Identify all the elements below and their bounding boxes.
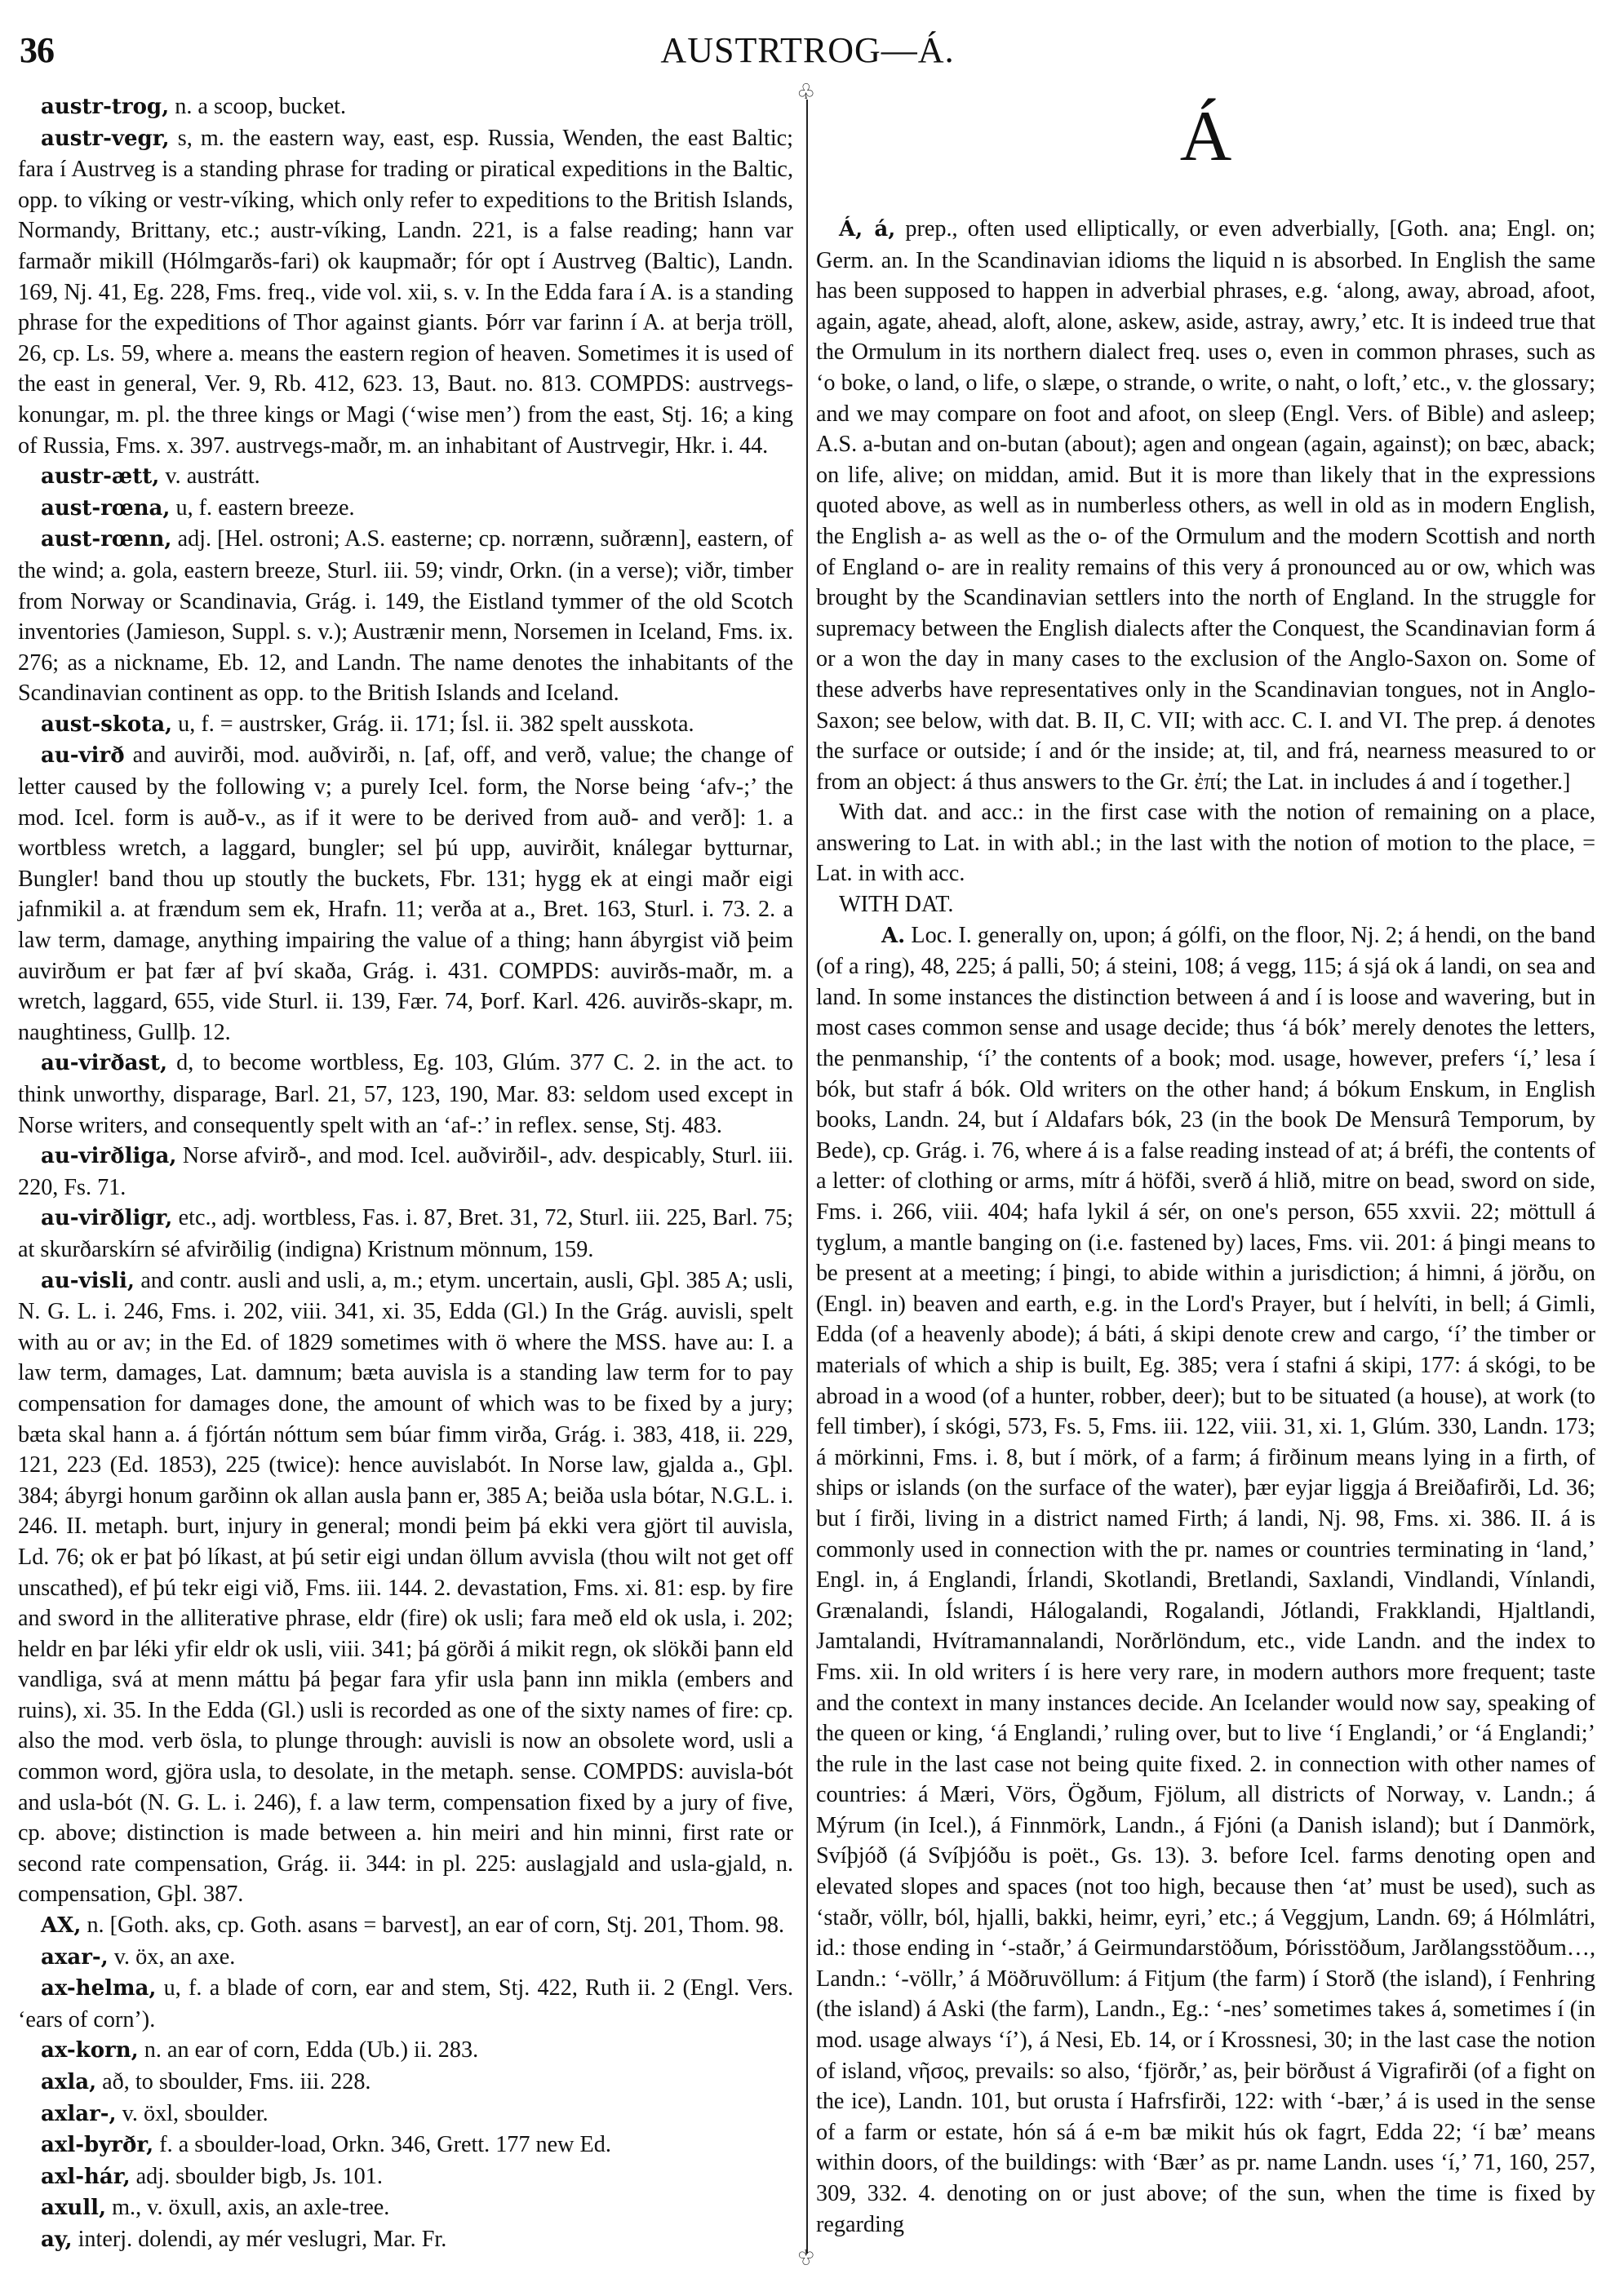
headword: aust-rœnn, [41, 527, 171, 552]
entry-text: adj. sboulder bigb, Js. 101. [131, 2164, 383, 2189]
dictionary-entry: au-virðast, d, to become wortbless, Eg. … [18, 1048, 793, 1141]
entry-text: að, to sboulder, Fms. iii. 228. [96, 2069, 370, 2094]
entry-text: With dat. and acc.: in the first case wi… [816, 800, 1595, 886]
headword: axl-hár, [41, 2165, 131, 2189]
headword: axl-byrðr, [41, 2133, 153, 2157]
dictionary-entry: au-virð and auvirði, mod. auðvirði, n. [… [18, 740, 793, 1048]
dictionary-entry: aust-rœna, u, f. eastern breeze. [18, 493, 793, 525]
dictionary-entry: austr-ætt, v. austrátt. [18, 461, 793, 493]
dictionary-entry: austr-trog, n. a scoop, bucket. [18, 91, 793, 123]
dictionary-entry: A. Loc. I. generally on, upon; á gólfi, … [816, 920, 1595, 2241]
dictionary-entry: ax-korn, n. an ear of corn, Edda (Ub.) i… [18, 2035, 793, 2067]
running-head: AUSTRTROG—Á. [0, 29, 1615, 71]
headword: aust-skota, [41, 712, 172, 737]
headword: ax-helma, [41, 1976, 156, 2001]
right-column: Á Á, á, prep., often used elliptically, … [816, 91, 1595, 2240]
dictionary-entry: austr-vegr, s, m. the eastern way, east,… [18, 123, 793, 462]
left-column: austr-trog, n. a scoop, bucket. austr-ve… [18, 91, 793, 2256]
dictionary-entry: AX, n. [Goth. aks, cp. Goth. asans = bar… [18, 1910, 793, 1942]
dictionary-entry: aust-skota, u, f. = austrsker, Grág. ii.… [18, 709, 793, 741]
headword: au-virðligr, [41, 1206, 172, 1230]
dictionary-entry: ax-helma, u, f. a blade of corn, ear and… [18, 1973, 793, 2035]
usage-note: With dat. and acc.: in the first case wi… [816, 797, 1595, 889]
entry-text: v. austrátt. [159, 463, 260, 489]
headword: austr-vegr, [41, 126, 170, 151]
page-header: 36 AUSTRTROG—Á. [0, 0, 1615, 73]
headword: austr-trog, [41, 95, 169, 119]
dictionary-entry: axull, m., v. öxull, axis, an axle-tree. [18, 2192, 793, 2224]
entry-text: n. a scoop, bucket. [169, 94, 346, 119]
entry-text: and auvirði, mod. auðvirði, n. [af, off,… [18, 742, 793, 1044]
dictionary-entry: axar-, v. öx, an axe. [18, 1942, 793, 1974]
entry-text: and contr. ausli and usli, a, m.; etym. … [18, 1268, 793, 1908]
entry-text: v. öxl, sboulder. [117, 2101, 268, 2126]
entry-text: m., v. öxull, axis, an axle-tree. [106, 2195, 389, 2220]
headword: au-virð [41, 743, 125, 768]
dictionary-entry: Á, á, prep., often used elliptically, or… [816, 214, 1595, 797]
dictionary-entry: au-visli, and contr. ausli and usli, a, … [18, 1265, 793, 1910]
dictionary-entry: aust-rœnn, adj. [Hel. ostroni; A.S. east… [18, 524, 793, 709]
headword: AX, [41, 1913, 81, 1938]
entry-text: n. an ear of corn, Edda (Ub.) ii. 283. [139, 2037, 478, 2063]
headword: axla, [41, 2070, 96, 2094]
entry-text: prep., often used elliptically, or even … [816, 216, 1595, 795]
entry-text: v. öx, an axe. [109, 1944, 236, 1970]
section-heading: WITH DAT. [816, 889, 1595, 920]
dictionary-entry: axl-hár, adj. sboulder bigb, Js. 101. [18, 2161, 793, 2193]
headword: au-visli, [41, 1269, 135, 1293]
headword: ay, [41, 2227, 73, 2252]
headword: axar-, [41, 1945, 109, 1970]
column-divider [806, 100, 808, 2254]
entry-text: WITH DAT. [839, 892, 953, 917]
headword: axlar-, [41, 2102, 117, 2126]
headword: axull, [41, 2196, 106, 2220]
entry-text: s, m. the eastern way, east, esp. Russia… [18, 126, 793, 459]
section-letter: Á [816, 98, 1595, 176]
dictionary-entry: au-virðliga, Norse afvirð-, and mod. Ice… [18, 1141, 793, 1203]
headword: au-virðliga, [41, 1144, 176, 1168]
entry-text: n. [Goth. aks, cp. Goth. asans = barvest… [81, 1913, 784, 1938]
trefoil-ornament-icon: ♧ [796, 2245, 815, 2267]
headword: Á, á, [839, 217, 895, 242]
entry-text: f. a sboulder-load, Orkn. 346, Grett. 17… [153, 2132, 611, 2157]
entry-text: u, f. = austrsker, Grág. ii. 171; Ísl. i… [172, 711, 694, 737]
headword: ax-korn, [41, 2038, 139, 2063]
headword: au-virðast, [41, 1051, 167, 1075]
headword: aust-rœna, [41, 496, 170, 521]
dictionary-entry: axlar-, v. öxl, sboulder. [18, 2099, 793, 2130]
headword: austr-ætt, [41, 464, 159, 489]
entry-text: adj. [Hel. ostroni; A.S. easterne; cp. n… [18, 526, 793, 706]
headword: A. [881, 924, 905, 948]
entry-text: interj. dolendi, ay mér veslugri, Mar. F… [73, 2227, 447, 2252]
entry-text: u, f. eastern breeze. [170, 495, 354, 521]
dictionary-entry: axl-byrðr, f. a sboulder-load, Orkn. 346… [18, 2130, 793, 2161]
entry-text: Loc. I. generally on, upon; á gólfi, on … [816, 923, 1595, 2237]
dictionary-entry: ay, interj. dolendi, ay mér veslugri, Ma… [18, 2224, 793, 2256]
dictionary-entry: axla, að, to sboulder, Fms. iii. 228. [18, 2067, 793, 2099]
dictionary-entry: au-virðligr, etc., adj. wortbless, Fas. … [18, 1203, 793, 1265]
